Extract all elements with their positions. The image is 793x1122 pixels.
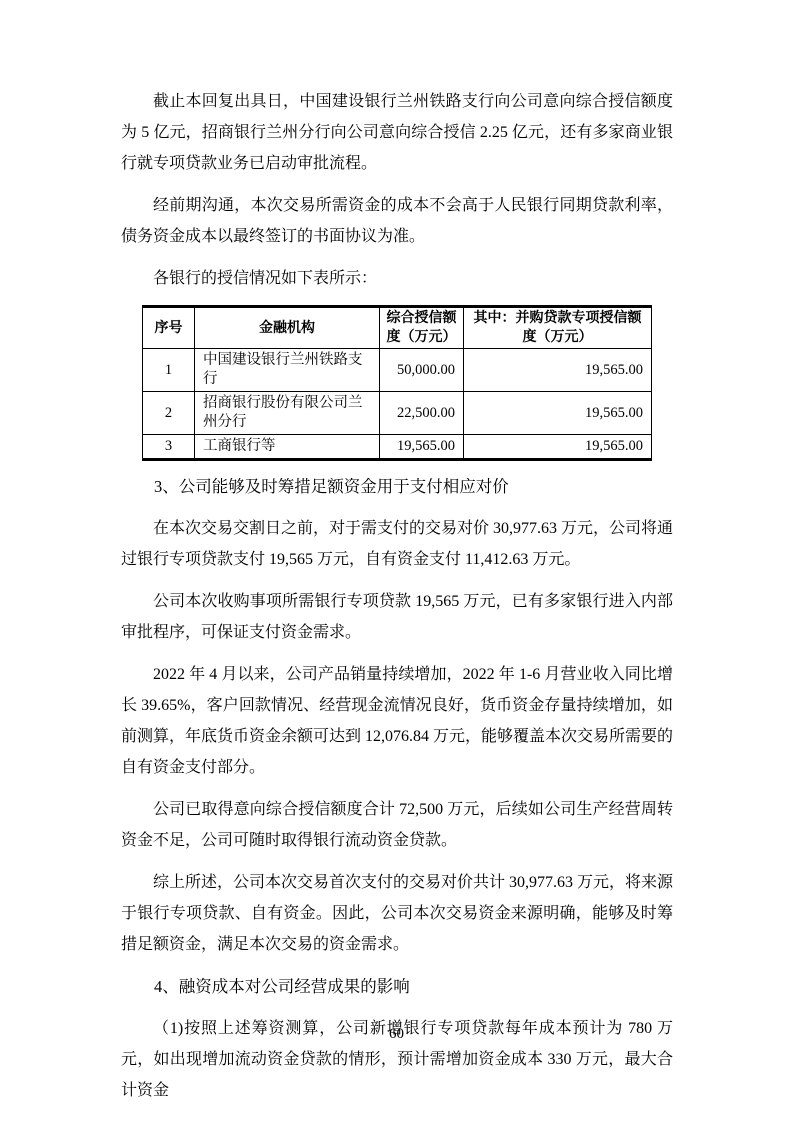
cell-credit-amount: 19,565.00 (380, 435, 464, 460)
header-institution: 金融机构 (195, 307, 380, 349)
table-row: 3 工商银行等 19,565.00 19,565.00 (143, 435, 652, 460)
cell-seq: 2 (143, 392, 195, 435)
header-special-loan-amount: 其中：并购贷款专项授信额度（万元） (464, 307, 652, 349)
document-page: 截止本回复出具日，中国建设银行兰州铁路支行向公司意向综合授信额度为 5 亿元，招… (0, 0, 793, 1122)
cell-seq: 1 (143, 349, 195, 392)
paragraph-funding-cost: 经前期沟通，本次交易所需资金的成本不会高于人民银行同期贷款利率，债务资金成本以最… (121, 190, 673, 252)
cell-credit-amount: 22,500.00 (380, 392, 464, 435)
paragraph-loan-approval: 公司本次收购事项所需银行专项贷款 19,565 万元，已有多家银行进入内部审批程… (121, 586, 673, 648)
paragraph-summary: 综上所述，公司本次交易首次支付的交易对价共计 30,977.63 万元，将来源于… (121, 867, 673, 960)
cell-institution: 工商银行等 (195, 435, 380, 460)
page-number: 60 (0, 1024, 793, 1044)
header-credit-amount: 综合授信额度（万元） (380, 307, 464, 349)
cell-credit-amount: 50,000.00 (380, 349, 464, 392)
section-heading-4: 4、融资成本对公司经营成果的影响 (121, 971, 673, 1002)
cell-institution: 中国建设银行兰州铁路支行 (195, 349, 380, 392)
cell-institution: 招商银行股份有限公司兰州分行 (195, 392, 380, 435)
paragraph-payment-plan: 在本次交易交割日之前，对于需支付的交易对价 30,977.63 万元，公司将通过… (121, 513, 673, 575)
paragraph-credit-intent: 截止本回复出具日，中国建设银行兰州铁路支行向公司意向综合授信额度为 5 亿元，招… (121, 86, 673, 179)
cell-special-loan-amount: 19,565.00 (464, 392, 652, 435)
table-row: 1 中国建设银行兰州铁路支行 50,000.00 19,565.00 (143, 349, 652, 392)
bank-credit-table: 序号 金融机构 综合授信额度（万元） 其中：并购贷款专项授信额度（万元） 1 中… (142, 305, 652, 461)
paragraph-table-lead-in: 各银行的授信情况如下表所示： (121, 263, 673, 294)
paragraph-revenue-growth: 2022 年 4 月以来，公司产品销量持续增加，2022 年 1-6 月营业收入… (121, 659, 673, 783)
cell-seq: 3 (143, 435, 195, 460)
cell-special-loan-amount: 19,565.00 (464, 435, 652, 460)
table-header-row: 序号 金融机构 综合授信额度（万元） 其中：并购贷款专项授信额度（万元） (143, 307, 652, 349)
header-seq: 序号 (143, 307, 195, 349)
cell-special-loan-amount: 19,565.00 (464, 349, 652, 392)
document-content: 截止本回复出具日，中国建设银行兰州铁路支行向公司意向综合授信额度为 5 亿元，招… (121, 86, 673, 1117)
table-row: 2 招商银行股份有限公司兰州分行 22,500.00 19,565.00 (143, 392, 652, 435)
section-heading-3: 3、公司能够及时筹措足额资金用于支付相应对价 (121, 471, 673, 502)
paragraph-total-credit: 公司已取得意向综合授信额度合计 72,500 万元，后续如公司生产经营周转资金不… (121, 794, 673, 856)
